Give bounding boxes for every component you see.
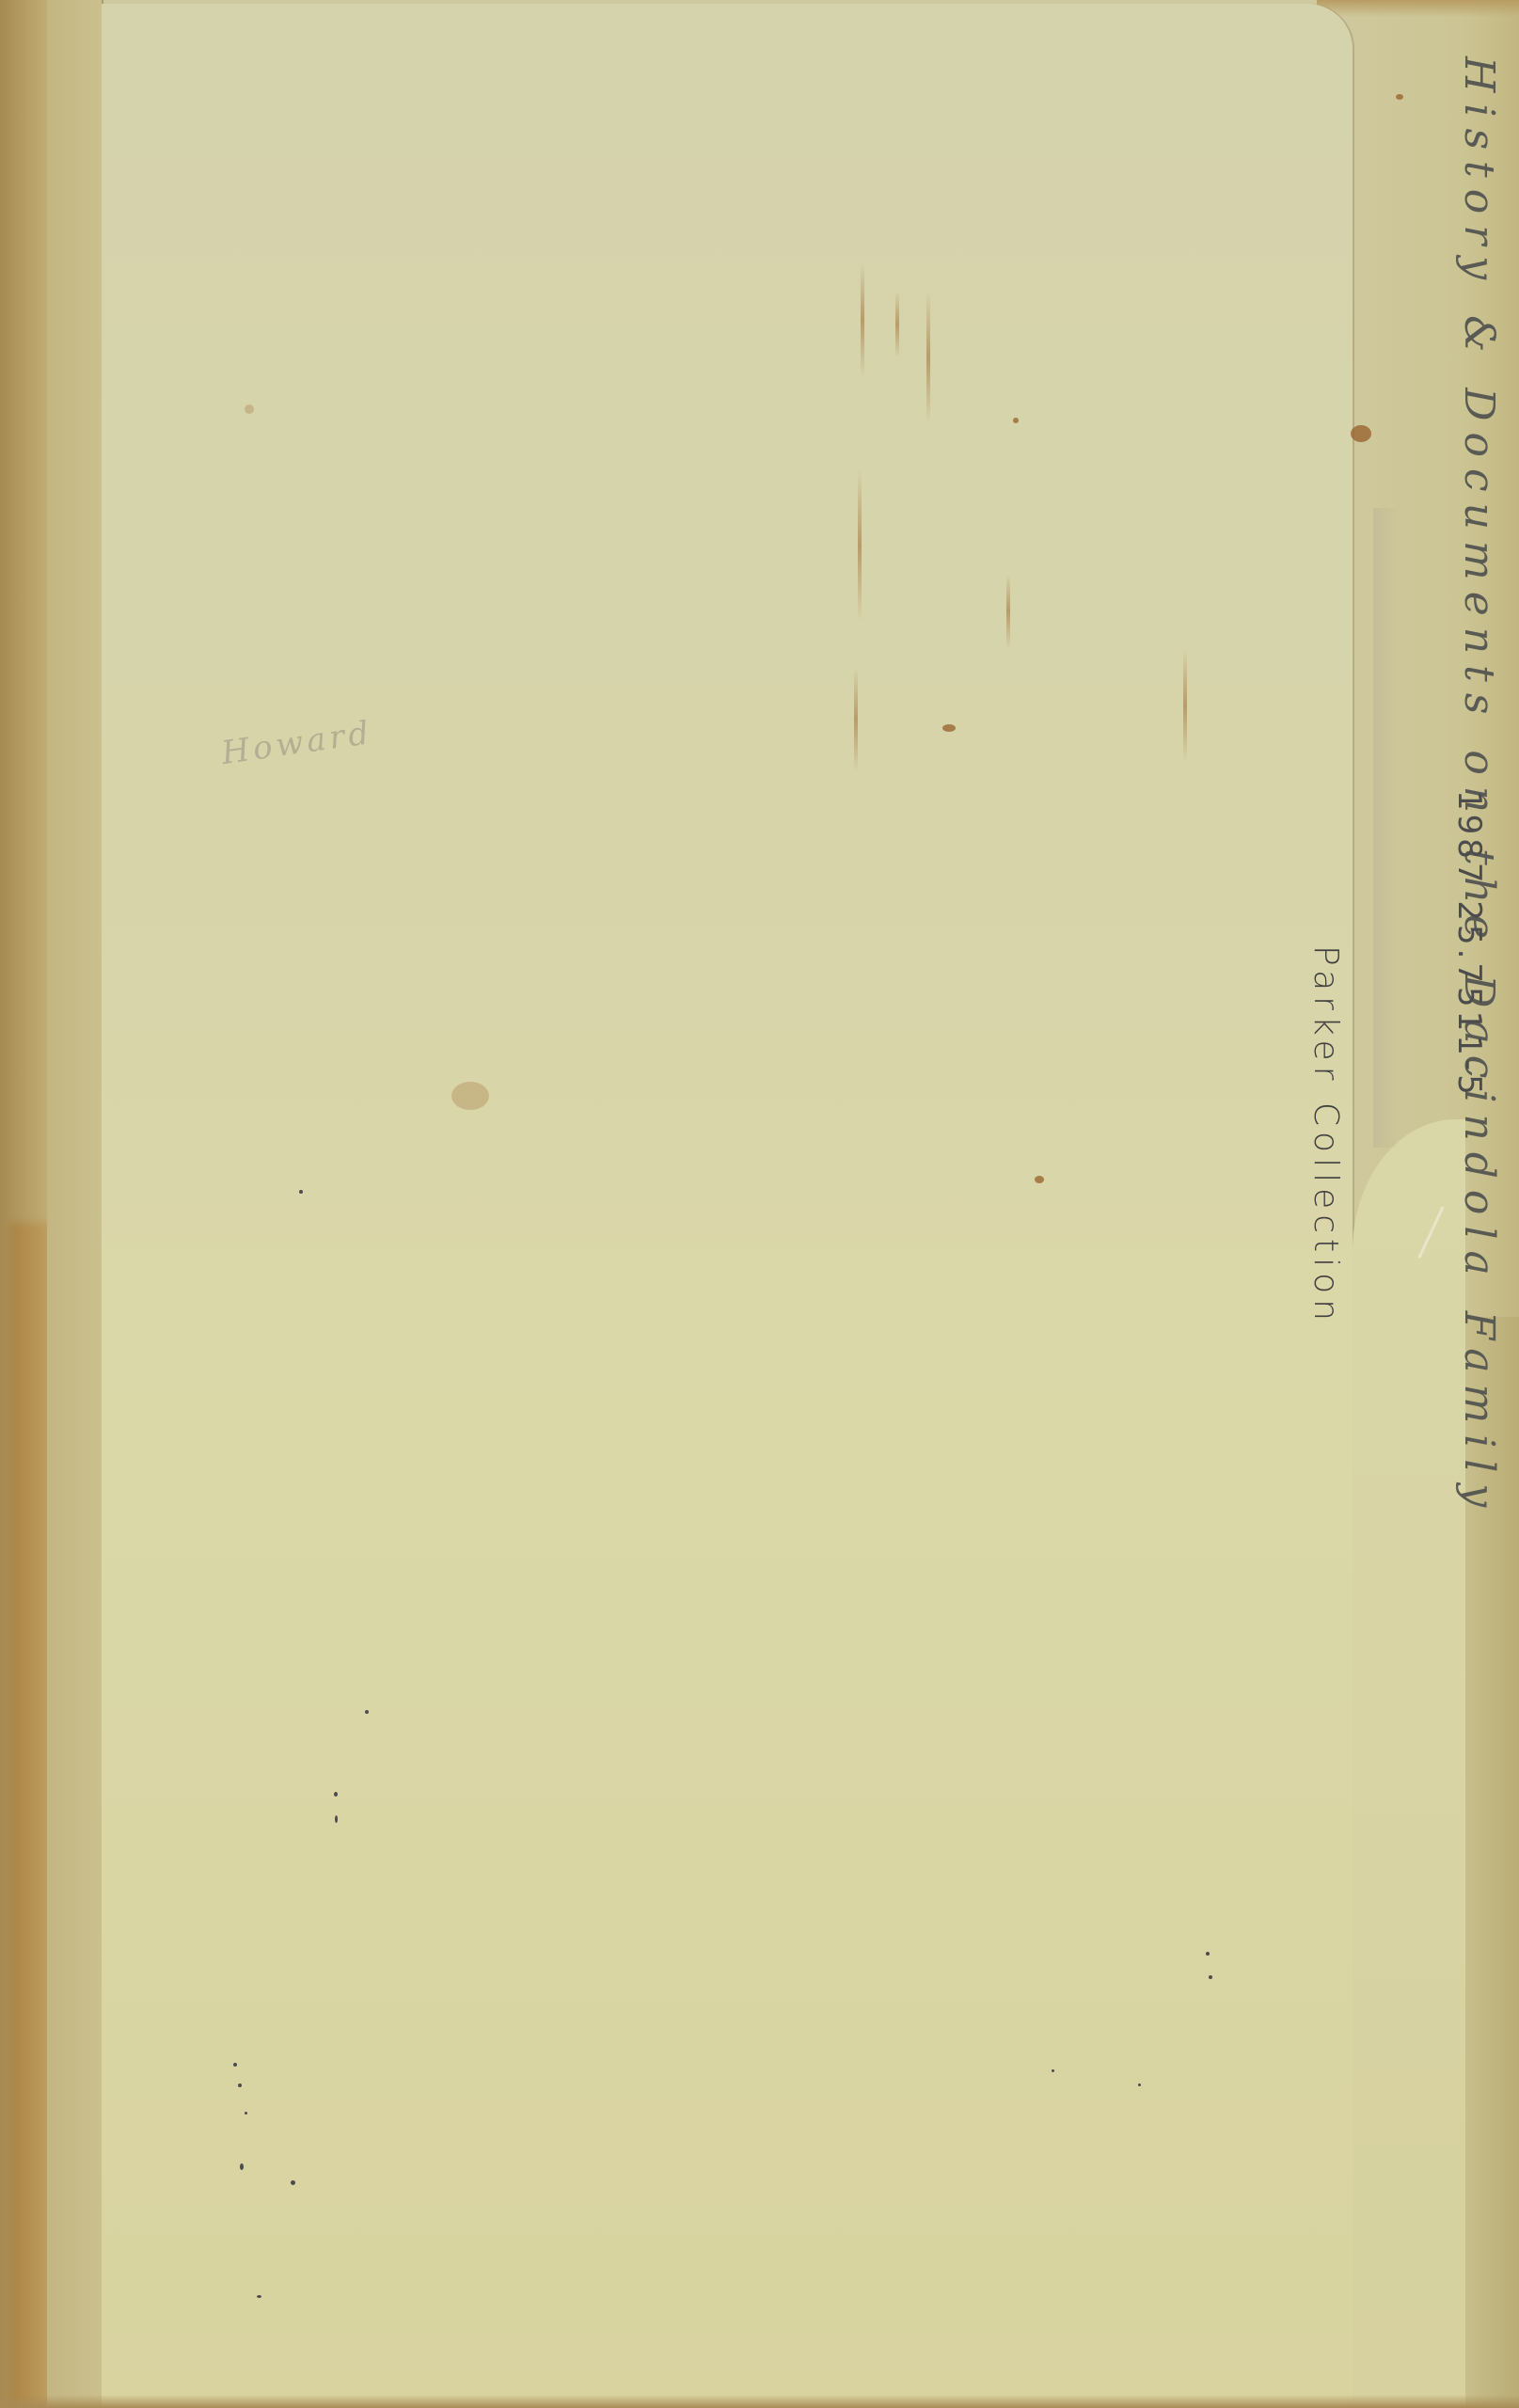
- ink-dot: [1209, 1975, 1212, 1979]
- ink-dot: [291, 2180, 295, 2185]
- foxing-spot: [245, 404, 254, 414]
- rust-spot: [1351, 425, 1371, 442]
- ink-dot: [1138, 2083, 1141, 2086]
- rust-streak: [1183, 649, 1187, 762]
- rust-spot: [1035, 1176, 1044, 1183]
- ink-dot: [1206, 1952, 1210, 1956]
- foxing-spot: [451, 1082, 489, 1110]
- rust-streak: [895, 292, 899, 357]
- ink-dot: [245, 2112, 247, 2115]
- ink-dot: [299, 1190, 303, 1194]
- rust-spot: [1013, 418, 1019, 423]
- tab-shadow: [1373, 508, 1400, 1148]
- folder-scan: History & Documents on the Dacindola Fam…: [0, 0, 1519, 2408]
- ink-dot: [365, 1710, 369, 1714]
- rust-streak: [858, 470, 862, 621]
- ink-dot: [334, 1792, 338, 1797]
- bottom-edge: [0, 2395, 1519, 2408]
- ink-dot: [238, 2083, 242, 2087]
- ink-dot: [335, 1815, 338, 1823]
- ink-dot: [233, 2063, 237, 2067]
- folder-tab-title: History & Documents on the Dacindola Fam…: [1455, 56, 1503, 1518]
- ink-dot: [1052, 2069, 1054, 2072]
- rust-streak: [1006, 574, 1010, 649]
- folder-spine-flap: [47, 0, 103, 2408]
- rust-streak: [861, 263, 864, 376]
- top-edge-shadow: [1317, 0, 1519, 17]
- rust-streak: [854, 668, 858, 771]
- folder-front-sheet: [102, 4, 1353, 2408]
- rust-spot: [942, 724, 956, 732]
- accession-number: 1987 25.7511-5: [1450, 790, 1488, 1099]
- ink-dot: [257, 2295, 261, 2298]
- folder-tab-cutout: [1353, 1119, 1465, 2408]
- ink-dot: [240, 2163, 244, 2170]
- rust-streak: [926, 292, 930, 423]
- rust-spot: [1396, 94, 1403, 100]
- collection-label: Parker Collection: [1306, 945, 1345, 1326]
